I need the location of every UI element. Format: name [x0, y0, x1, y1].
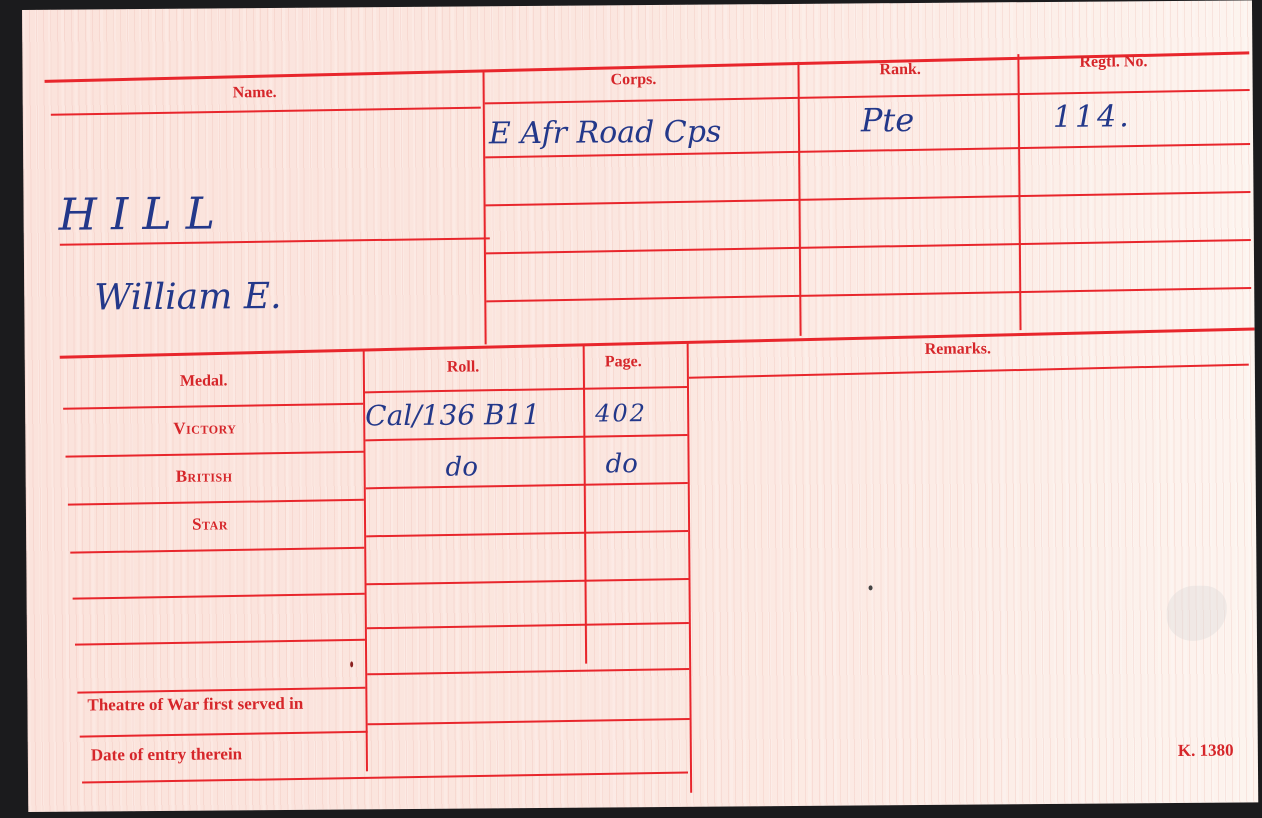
roll-row-rule-6 [367, 622, 689, 629]
roll-right-divider [583, 346, 587, 664]
medal-name-star: Star [192, 514, 228, 534]
roll-row-rule-1 [365, 386, 687, 393]
regtl-left-divider [1017, 54, 1021, 330]
medal-row-rule-1 [63, 403, 363, 410]
roll-column-label: Roll. [447, 358, 480, 376]
medal-index-card: Name. Corps. Rank. Regtl. No. HILL Willi… [22, 0, 1258, 812]
medal-row-rule-8 [80, 731, 368, 738]
medal-row-rule-3 [68, 499, 364, 506]
page-right-divider [687, 343, 693, 793]
medal-row-rule-5 [73, 593, 365, 600]
corps-label: Corps. [611, 71, 657, 89]
british-roll-value: do [445, 452, 478, 482]
paper-stain [1167, 586, 1227, 641]
corps-row-rule-5 [486, 287, 1251, 302]
corps-value: E Afr Road Cps [489, 115, 722, 152]
british-page-value: do [605, 449, 638, 479]
regtl-no-label: Regtl. No. [1079, 53, 1147, 72]
roll-row-rule-5 [367, 578, 689, 585]
regimental-number-value: 114. [1053, 99, 1132, 135]
corps-left-divider [483, 72, 487, 344]
medal-name-victory: Victory [173, 418, 236, 438]
theatre-of-war-label: Theatre of War first served in [87, 694, 303, 716]
page-column-label: Page. [605, 353, 642, 371]
name-header-rule [51, 107, 481, 116]
medal-name-british: British [176, 466, 233, 486]
rank-label: Rank. [879, 61, 920, 79]
remarks-label: Remarks. [925, 340, 991, 359]
corps-row-rule-4 [486, 239, 1251, 254]
remarks-header-rule [689, 364, 1249, 379]
medal-column-label: Medal. [180, 372, 228, 390]
roll-row-rule-7 [367, 668, 689, 675]
medal-row-rule-2 [66, 451, 364, 458]
forenames-value: William E. [94, 276, 282, 318]
medal-row-rule-7 [77, 687, 365, 694]
section-divider-rule [60, 328, 1255, 359]
victory-page-value: 402 [595, 399, 647, 427]
date-of-entry-label: Date of entry therein [91, 744, 242, 765]
surname-value: HILL [58, 188, 229, 240]
corps-row-rule-3 [486, 191, 1251, 206]
rank-value: Pte [861, 101, 915, 139]
roll-row-rule-4 [366, 530, 688, 537]
roll-row-rule-2 [365, 434, 687, 441]
form-number: K. 1380 [1178, 741, 1234, 761]
card-bottom-rule [82, 772, 688, 784]
ink-spot [350, 661, 353, 667]
roll-row-rule-8 [368, 718, 690, 725]
name-label: Name. [233, 84, 277, 102]
medal-row-rule-6 [75, 639, 365, 646]
ink-spot [869, 585, 873, 590]
victory-roll-value: Cal/136 B11 [365, 398, 540, 432]
medal-row-rule-4 [70, 547, 364, 554]
roll-row-rule-3 [366, 482, 688, 489]
